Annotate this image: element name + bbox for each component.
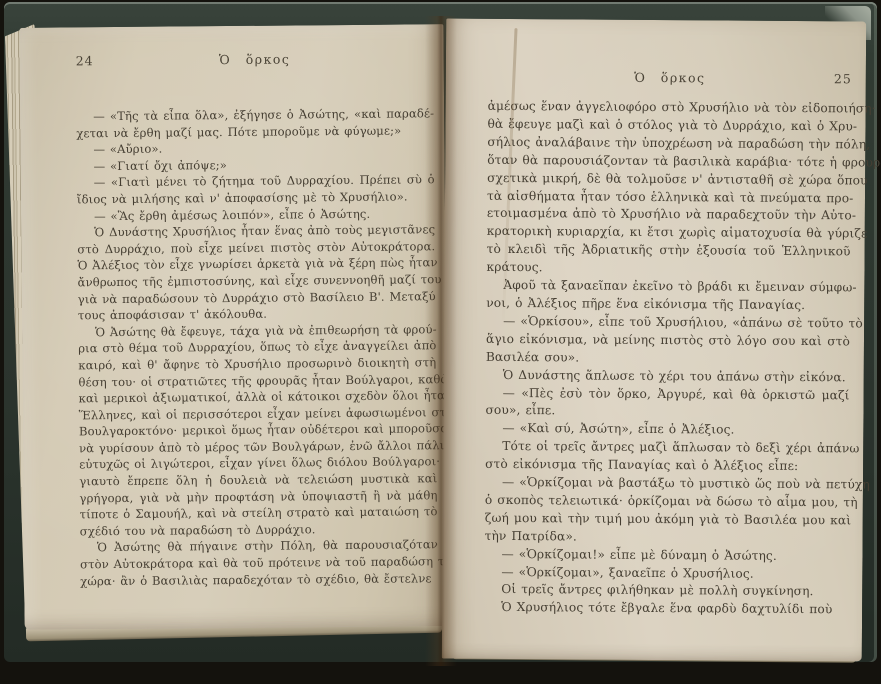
text-line: χώρα· ἂν ὁ Βασιλιὰς παραδεχόταν τὸ σχέδι… — [80, 570, 438, 590]
book-page-left: 24 Ὁ ὅρκος — «Τῆς τὰ εἶπα ὅλα», ἐξήγησε … — [19, 24, 448, 630]
text-line: νοι, ὁ Ἀλέξιος πῆρε ἕνα εἰκόνισμα τῆς Πα… — [486, 295, 850, 315]
page-number-left: 24 — [76, 53, 120, 68]
text-line: ὁ σκοπὸς τελειωτικά· ὁρκίζομαι νὰ δώσω τ… — [485, 492, 849, 512]
page-header-right: Ὁ ὅρκος 25 — [488, 69, 852, 87]
text-block-left: — «Τῆς τὰ εἶπα ὅλα», ἐξήγησε ὁ Ἀσώτης, «… — [76, 105, 438, 589]
text-line: χεται νὰ ἔρθη μαζί μας. Πότε μποροῦμε νὰ… — [76, 122, 434, 142]
text-block-right: ἀμέσως ἕναν ἀγγελιοφόρο στὸ Χρυσήλιο νὰ … — [484, 98, 852, 620]
text-line: σχετικὰ μικρή, δὲ θὰ τολμοῦσε ν' ἀντιστα… — [487, 169, 851, 189]
text-line: τὴν Πατρίδα». — [485, 528, 849, 548]
text-line: θὰ ἔφευγε μαζὶ καὶ ὁ στόλος γιὰ τὸ Δυρρά… — [487, 116, 851, 136]
text-line: ζωή μου καὶ τὴν τιμή μου ἀκόμη γιὰ τὸ Βα… — [485, 510, 849, 530]
running-header-left: Ὁ ὅρκος — [120, 51, 390, 68]
running-header-right: Ὁ ὅρκος — [532, 69, 808, 86]
text-line: τίποτε ὁ Σαμουήλ, καὶ νὰ στείλη στρατὸ κ… — [80, 503, 438, 523]
text-line: σήλιος ἀναλάβαινε τὴν ὑποχρέωση νὰ παραδ… — [487, 134, 851, 154]
text-line: Βασιλέα σου». — [486, 349, 850, 369]
text-line: — «Ὁρκίσου», εἶπε τοῦ Χρυσήλιου, «ἀπάνω … — [486, 313, 850, 333]
page-header-left: 24 Ὁ ὅρκος — [76, 50, 434, 68]
book-photo: 24 Ὁ ὅρκος — «Τῆς τὰ εἶπα ὅλα», ἐξήγησε … — [0, 0, 881, 684]
text-line: γιὰ νὰ παραδώσουν τὸ Δυρράχιο στὸ Βασίλε… — [78, 288, 436, 308]
text-line: Ὁ Χρυσήλιος τότε ἔβγαλε ἕνα φαρδὺ δαχτυλ… — [484, 599, 848, 619]
text-line: ἅγιο εἰκόνισμα, νὰ μείνης πιστὸς στὸ λόγ… — [486, 331, 850, 351]
text-line: — «Ὁρκίζομαι!» εἶπε μὲ δύναμη ὁ Ἀσώτης. — [484, 545, 848, 565]
text-line: ὅταν θὰ παρουσιάζονταν τὰ βασιλικὰ καράβ… — [487, 152, 851, 172]
book-page-right: Ὁ ὅρκος 25 ἀμέσως ἕναν ἀγγελιοφόρο στὸ Χ… — [442, 19, 866, 662]
text-line: Ὁ Δυνάστης ἅπλωσε τὸ χέρι του ἀπάνω στὴν… — [486, 366, 850, 386]
page-number-right: 25 — [808, 71, 852, 86]
text-line: ἴδιος νὰ μιλήσης καὶ ν' ἀποφασίσης μὲ τὸ… — [77, 188, 435, 208]
